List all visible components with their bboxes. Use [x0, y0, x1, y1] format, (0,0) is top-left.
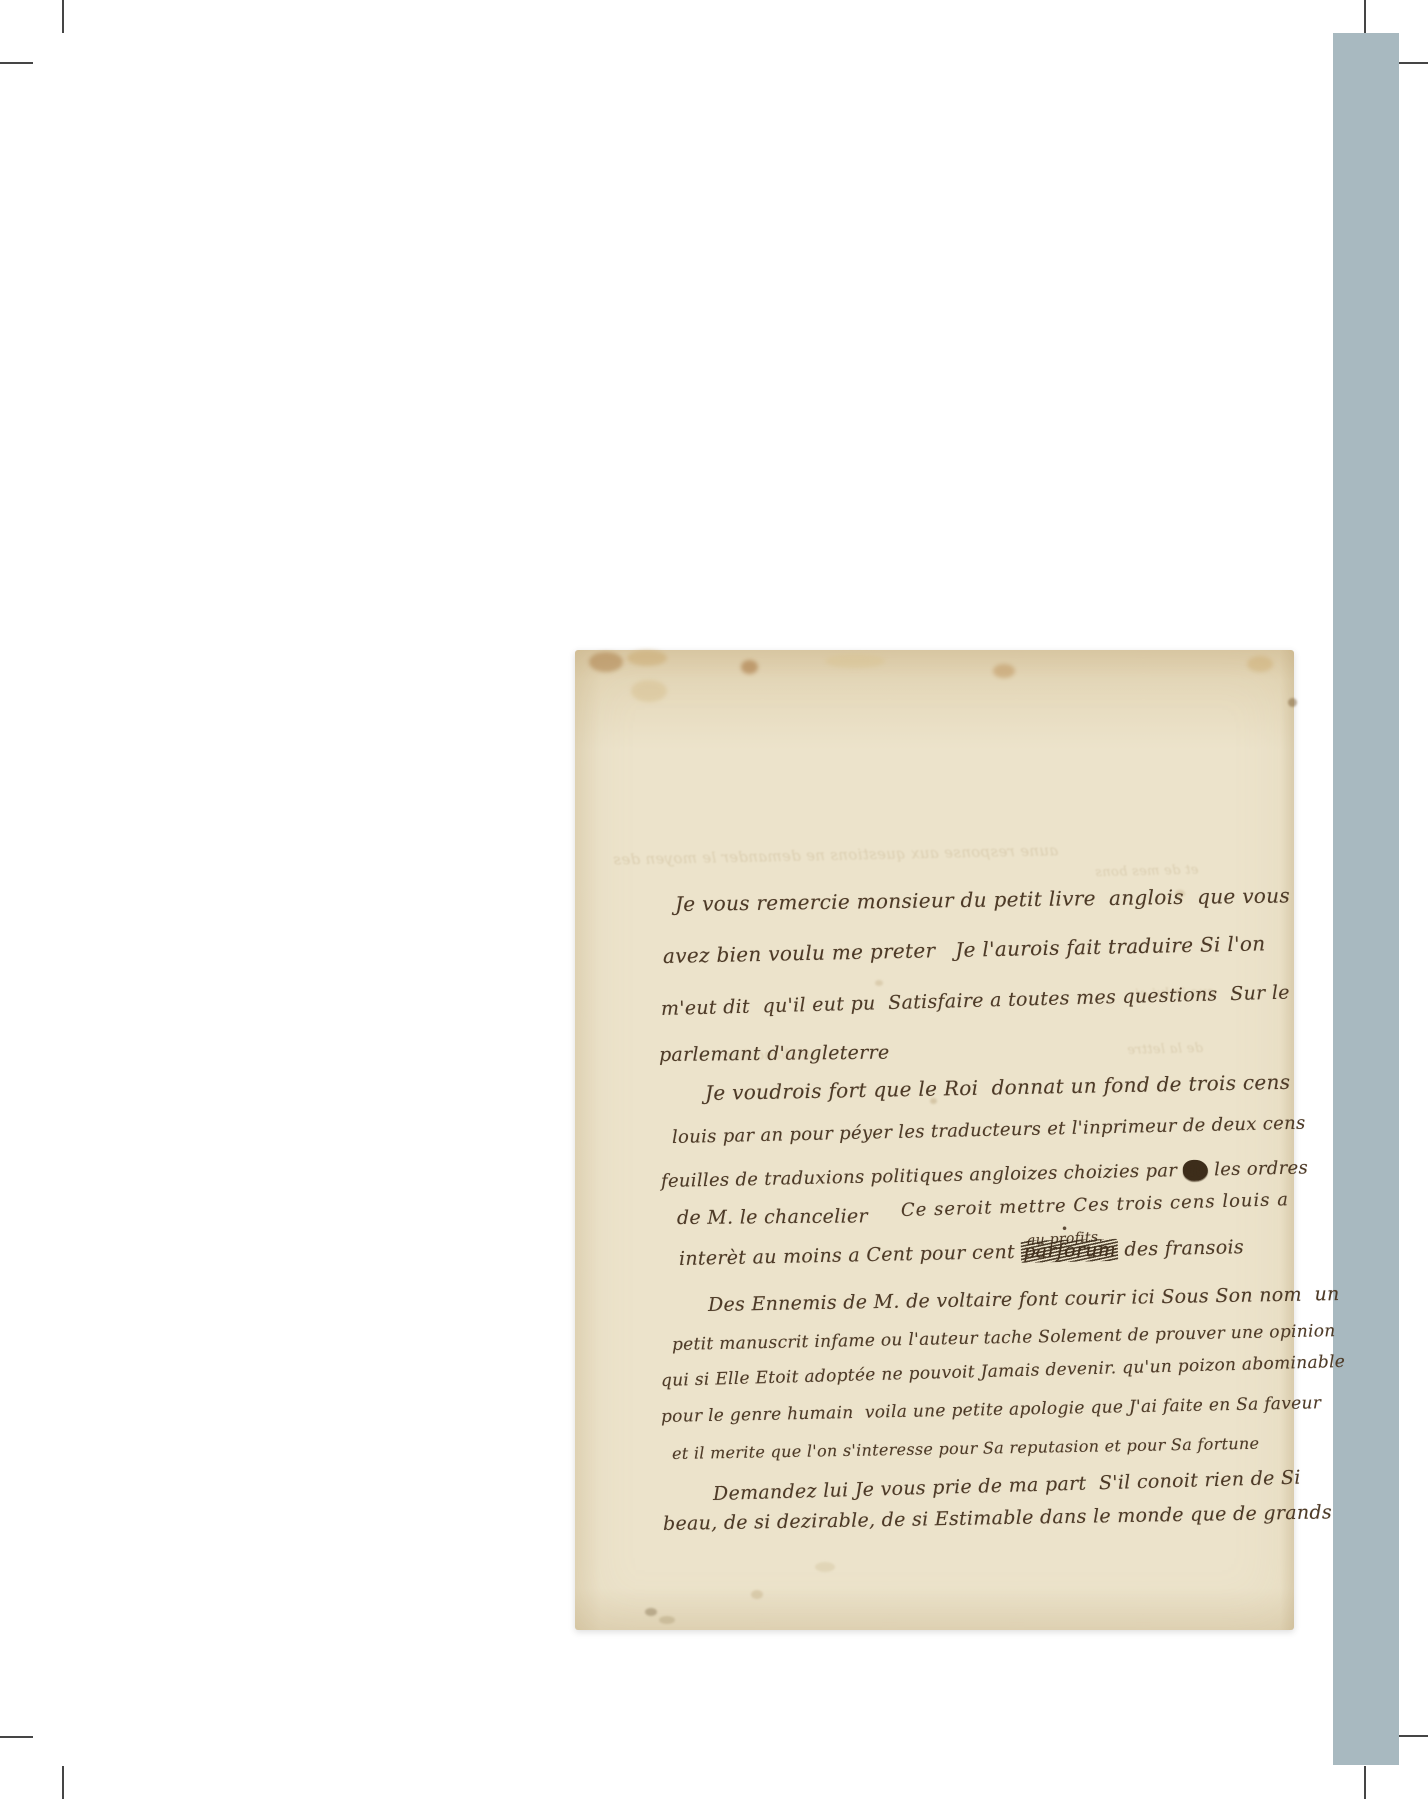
crop-mark-bottom-left-vertical [62, 1766, 64, 1799]
manuscript-line: feuilles de traduxions politiques angloi… [661, 1157, 1308, 1192]
manuscript-line: et il merite que l'on s'interesse pour S… [672, 1434, 1260, 1463]
manuscript-line: interèt au moins a Cent pour cent parfor… [679, 1236, 1244, 1270]
manuscript-line: beau, de si dezirable, de si Estimable d… [663, 1501, 1332, 1535]
line-part: feuilles de traduxions politiques angloi… [661, 1160, 1184, 1192]
manuscript-line: pour le genre humain voila une petite ap… [661, 1393, 1322, 1427]
crop-mark-bottom-right-vertical [1364, 1766, 1366, 1799]
line-part: interèt au moins a Cent pour cent [679, 1241, 1022, 1270]
manuscript-line: parlemant d'angleterre [659, 1042, 890, 1066]
manuscript-line: m'eut dit qu'il eut pu Satisfaire a tout… [661, 982, 1290, 1020]
ink-blot: au [1183, 1160, 1208, 1182]
manuscript-line: louis par an pour péyer les traducteurs … [672, 1113, 1306, 1148]
scratched-out-word: parforum [1021, 1239, 1118, 1263]
manuscript-line: qui si Elle Etoit adoptée ne pouvoit Jam… [661, 1352, 1346, 1391]
crop-mark-top-left-horizontal [0, 62, 33, 64]
manuscript-line: Ce seroit mettre Ces trois cens louis a [901, 1189, 1289, 1221]
crop-mark-top-right-vertical [1364, 0, 1366, 33]
catalog-page: aune response aux questions ne demander … [0, 0, 1428, 1799]
manuscript-text-layer: Je vous remercie monsieur du petit livre… [575, 650, 1294, 1630]
line-part: les ordres [1208, 1157, 1308, 1180]
manuscript-line: petit manuscrit infame ou l'auteur tache… [672, 1321, 1336, 1355]
crop-mark-top-left-vertical [62, 0, 64, 33]
manuscript-line: avez bien voulu me preter Je l'aurois fa… [663, 931, 1266, 968]
letter-scan: aune response aux questions ne demander … [575, 650, 1294, 1630]
manuscript-line: de M. le chancelier [677, 1205, 868, 1229]
manuscript-line: Des Ennemis de M. de voltaire font couri… [708, 1283, 1340, 1316]
accent-bar [1333, 33, 1399, 1765]
crop-mark-bottom-left-horizontal [0, 1736, 33, 1738]
manuscript-line: Je voudrois fort que le Roi donnat un fo… [705, 1070, 1291, 1105]
crop-mark-top-right-horizontal [1395, 62, 1428, 64]
crop-mark-bottom-right-horizontal [1395, 1735, 1428, 1737]
manuscript-line: Je vous remercie monsieur du petit livre… [675, 883, 1290, 916]
line-part: des fransois [1118, 1236, 1244, 1261]
manuscript-line: Demandez lui Je vous prie de ma part S'i… [713, 1467, 1301, 1505]
